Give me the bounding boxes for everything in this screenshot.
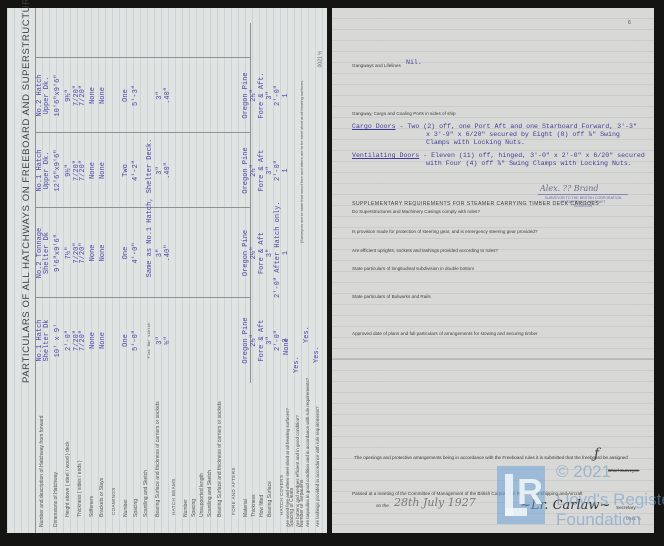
- logo-letter-r: R: [517, 474, 543, 510]
- hatch-deck: Upper Dk.: [44, 58, 51, 133]
- left-page-hatchways-form: PARTICULARS OF ALL HATCHWAYS ON FREEBOAR…: [7, 8, 327, 533]
- stiffeners: None: [90, 133, 97, 208]
- cover-material: Oregon Pine: [243, 298, 250, 383]
- label-stiffeners: Stiffeners: [89, 496, 95, 517]
- tarpaulins: 1: [283, 58, 290, 133]
- cargo-doors-line: - Two (2) off, one Port Aft and one Star…: [400, 123, 637, 130]
- question-superstructures: Do Superstructures and Machinery Casings…: [352, 209, 480, 214]
- label-beam-spacing: Spacing: [133, 499, 139, 517]
- beam-sketch: Flat Bar sketch: [147, 298, 154, 383]
- watermark-line1: Lloyd's Register: [556, 490, 664, 510]
- coaming-height: 2'-0": [66, 298, 73, 383]
- label-beam-number: Number: [123, 499, 129, 517]
- hatch-column-3: No.1 Hatch Upper Dk. 12'6"x9'6" 9½" 7/20…: [35, 132, 250, 208]
- question-steering-gear: Is provision made for protection of stee…: [352, 229, 537, 234]
- tarpaulins: 1: [283, 208, 290, 298]
- question-uprights: Are efficient uprights, sockets and lash…: [352, 248, 498, 253]
- label-fa-spacing: Spacing: [191, 499, 197, 517]
- hatch-dimensions: 10'6"x9'6": [55, 58, 62, 133]
- tarpaulins: 1: [283, 133, 290, 208]
- cover-how-fitted: Fore & Aft.: [259, 58, 266, 133]
- label-fa-scantling: Scantling and Sketch: [207, 470, 213, 517]
- question-steel-shod: Are wood fore and afters steel shod at a…: [285, 408, 290, 527]
- rotated-form: PARTICULARS OF ALL HATCHWAYS ON FREEBOAR…: [7, 8, 327, 533]
- group-fore-and-afters: FORE AND AFTERS: [231, 467, 236, 515]
- watermark-line2: Foundation: [556, 510, 641, 530]
- hatch-column-4: No.2 Hatch Upper Dk. 10'6"x9'6" 9½" 7/20…: [35, 57, 250, 133]
- watermark-copyright: © 2021: [556, 462, 611, 482]
- beam-carrier-thickness: ½": [165, 298, 172, 383]
- cleats-spacing: 2'-0" After Hatch only.: [275, 208, 282, 298]
- hatch-dimensions: 9'6"x9'6": [55, 208, 62, 298]
- question-bulwarks: State particulars of Bulwarks and Rails: [352, 294, 431, 299]
- group-hatch-beams: HATCH BEAMS: [171, 478, 176, 515]
- hatch-column-blank: [35, 8, 250, 58]
- paper-fold: [332, 358, 654, 360]
- beam-carrier-thickness: .40": [165, 133, 172, 208]
- stiffeners: None: [90, 58, 97, 133]
- footnote: [Surveyors are to state that wood fore a…: [299, 80, 304, 243]
- brackets: None: [100, 133, 107, 208]
- beam-spacing: 4'-2": [133, 133, 140, 208]
- hatch-deck: Shelter Dk: [44, 298, 51, 383]
- beam-number: One: [123, 208, 130, 298]
- cargo-doors-line: Clamps with Locking Nuts.: [426, 139, 525, 148]
- answer-steel-shod: None: [283, 338, 291, 355]
- gangways-label: Gangways and Lifelines: [352, 63, 401, 68]
- label-cov-material: Material: [243, 499, 249, 517]
- chief-surveyor-label: Chief Surveyor.: [608, 468, 639, 473]
- lloyds-register-logo: R: [497, 466, 545, 524]
- beam-carrier-thickness: .40": [165, 58, 172, 133]
- hatch-column-1: No.1 Hatch Shelter Dk 10' x 9' 2'-0" 7/2…: [35, 297, 250, 383]
- question-lashings: Are lashings provided in accordance with…: [315, 406, 320, 527]
- label-cov-how-fitted: How fitted: [259, 495, 265, 517]
- row-labels: Number and description of Hatchway from …: [35, 377, 325, 527]
- cover-bearing: 3": [267, 133, 274, 208]
- cover-material: Oregon Pine: [243, 208, 250, 298]
- beam-carrier-thickness: .40": [165, 208, 172, 298]
- label-height: Height above { steel / wood } deck: [65, 441, 71, 517]
- stiffeners: None: [90, 298, 97, 383]
- hatch-column-2: No.2 Tonnage Shelter Dk 9'6"x9'6" 7½" 7/…: [35, 207, 250, 298]
- label-number-desc: Number and description of Hatchway from …: [39, 416, 45, 527]
- coaming-thickness-ends: 7/20": [80, 133, 87, 208]
- label-dimensions: Dimensions of Hatchway: [53, 472, 59, 527]
- brackets: None: [100, 298, 107, 383]
- answer-lashings: Yes.: [313, 346, 321, 363]
- group-hatch-covers: HATCH COVERS: [279, 475, 284, 515]
- question-battens-wedges: Are battens and wedges efficient and in …: [295, 415, 300, 527]
- hatch-dimensions: 10' x 9': [55, 298, 62, 383]
- cover-bearing: 3": [267, 298, 274, 383]
- cleats-spacing: 2'-0": [275, 298, 282, 383]
- label-fa-bearing: Bearing Surface and thickness of carrier…: [217, 401, 223, 517]
- label-fa-number: Number: [183, 499, 189, 517]
- ports-label: Gangway, Cargo and Coaling Ports in side…: [352, 111, 456, 116]
- coaming-height: 9½": [66, 58, 73, 133]
- beam-bearing: 3": [157, 133, 164, 208]
- hatch-deck: Shelter Dk: [44, 208, 51, 298]
- label-cov-thickness: Thickness: [251, 494, 257, 517]
- label-fa-unsupported: Unsupported length: [199, 473, 205, 517]
- beam-bearing: 3": [157, 208, 164, 298]
- right-page-freeboard-form: 6 Gangways and Lifelines Nil. Gangway, C…: [332, 8, 654, 533]
- coaming-height: 9½": [66, 133, 73, 208]
- beam-bearing: 3": [157, 58, 164, 133]
- closing-statement: The openings and protective arrangements…: [354, 455, 628, 460]
- question-double-bottom: State particulars of longitudinal subdiv…: [352, 266, 474, 271]
- label-cov-bearing: Bearing Surface: [267, 481, 273, 517]
- cargo-doors-title: Cargo Doors: [352, 123, 396, 130]
- cleats-spacing: 2'-0": [275, 133, 282, 208]
- passed-date: 28th July 1927: [394, 496, 476, 509]
- coaming-thickness-ends: 7/20": [80, 298, 87, 383]
- page-number: 6: [628, 20, 631, 26]
- cleats-spacing: 2'-0": [275, 58, 282, 133]
- cover-how-fitted: Fore & Aft: [259, 298, 266, 383]
- cover-material: Oregon Pine: [243, 133, 250, 208]
- gangways-value: Nil.: [406, 59, 422, 68]
- question-tarpaulins: Are tarpaulins in good condition and in …: [305, 378, 310, 527]
- vent-doors-line: with Four (4) off ⅞" Swing Clamps with L…: [426, 160, 632, 169]
- brackets: None: [100, 208, 107, 298]
- cover-bearing: 3": [267, 208, 274, 298]
- cover-thickness: 2½": [251, 58, 258, 133]
- beam-number: Two: [123, 133, 130, 208]
- coaming-thickness-ends: 7/20": [80, 58, 87, 133]
- label-beam-bearing: Bearing Surface and thickness of carrier…: [155, 401, 161, 517]
- cover-how-fitted: Fore & Aft: [259, 133, 266, 208]
- cover-thickness: 2½": [251, 133, 258, 208]
- vent-doors-title: Ventilating Doors: [352, 152, 419, 159]
- corner-reference: 0021 ½: [317, 51, 323, 68]
- label-beam-scantling: Scantling and Sketch: [143, 470, 149, 517]
- brackets: None: [100, 58, 107, 133]
- supplementary-heading: SUPPLEMENTARY REQUIREMENTS FOR STEAMER C…: [352, 201, 599, 207]
- form-title: PARTICULARS OF ALL HATCHWAYS ON FREEBOAR…: [21, 0, 32, 383]
- label-brackets: Brackets or Stays: [99, 478, 105, 517]
- surveyor-signature: Alex. ?? Brand: [540, 184, 599, 193]
- coaming-thickness-ends: 7/20": [80, 208, 87, 298]
- beam-number: One: [123, 298, 130, 383]
- cover-material: Oregon Pine: [243, 58, 250, 133]
- cover-thickness: 2½": [251, 298, 258, 383]
- answer-tarpaulins: Yes.: [303, 326, 311, 343]
- answer-battens-wedges: Yes.: [293, 356, 301, 373]
- group-coamings: COAMINGS: [111, 487, 116, 515]
- on-the-label: on the: [376, 503, 389, 508]
- beam-bearing: 3": [157, 298, 164, 383]
- cover-how-fitted: Fore & Aft: [259, 208, 266, 298]
- coaming-height: 7½": [66, 208, 73, 298]
- cover-bearing: 3": [267, 58, 274, 133]
- vent-doors-line: - Eleven (11) off, hinged, 3'-0" x 2'-0"…: [423, 152, 645, 159]
- question-stowing-timber: Approved date of plans and full particul…: [352, 331, 538, 336]
- cover-thickness: 2½": [251, 208, 258, 298]
- beam-number: One: [123, 58, 130, 133]
- label-thickness: Thickness { sides / ends }: [77, 460, 83, 517]
- stiffeners: None: [90, 208, 97, 298]
- chief-surveyor-signature: ƒ: [594, 446, 599, 462]
- beam-spacing: 5'-3": [133, 58, 140, 133]
- hatch-deck: Upper Dk.: [44, 133, 51, 208]
- hatch-dimensions: 12'6"x9'6": [55, 133, 62, 208]
- beam-spacing: 4'-0": [133, 208, 140, 298]
- beam-spacing: 5'-0": [133, 298, 140, 383]
